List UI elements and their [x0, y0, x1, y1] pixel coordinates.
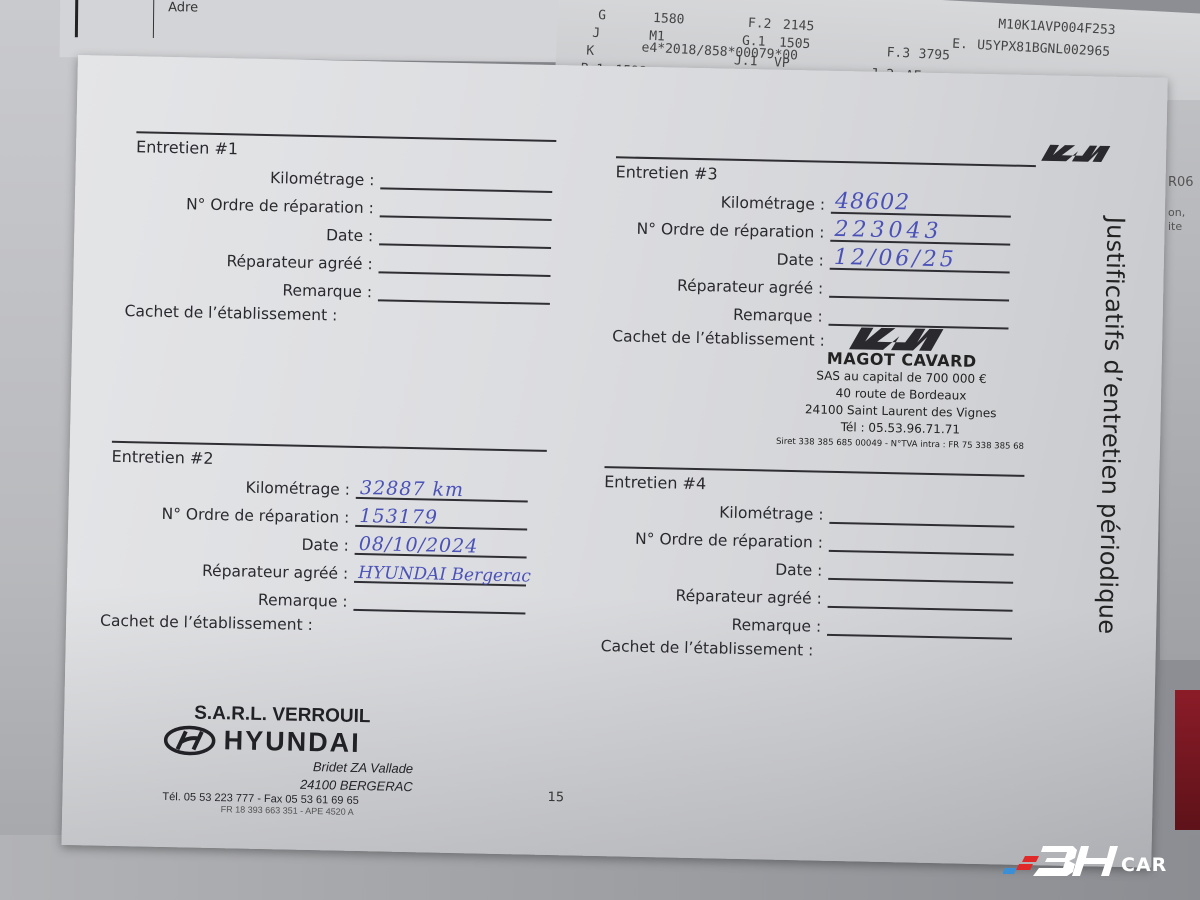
reg-code: F.3 — [886, 45, 910, 61]
handwritten-value: 12/06/25 — [834, 245, 957, 273]
maintenance-section-2: Entretien #2 Kilométrage : 32887 km N° O… — [108, 441, 542, 639]
background-fragment: on, — [1168, 206, 1185, 219]
stamp-label: Cachet de l’établissement : — [124, 302, 562, 329]
handwritten-value: 48602 — [835, 189, 911, 216]
handwritten-value: 223043 — [834, 217, 942, 244]
stamp-label: Cachet de l’établissement : — [100, 612, 538, 639]
bhcar-watermark: CAR — [1003, 842, 1193, 882]
page-vertical-title: Justificatifs d’entretien périodique — [1093, 216, 1130, 634]
hyundai-wordmark: HYUNDAI — [223, 725, 361, 759]
hyundai-brand: HYUNDAI — [163, 724, 414, 760]
maintenance-section-4: Entretien #4 Kilométrage : N° Ordre de r… — [601, 466, 1035, 664]
field-line[interactable] — [378, 283, 550, 305]
reg-value: 3795 — [918, 47, 950, 64]
reg-code: K — [586, 43, 595, 58]
hyundai-logo-icon — [163, 724, 216, 755]
handwritten-value: 32887 km — [360, 477, 464, 501]
reg-code: E. — [952, 37, 968, 53]
maintenance-booklet-page: Entretien #1 Kilométrage : N° Ordre de r… — [61, 55, 1167, 868]
background-right-document: R06 on, ite — [1160, 100, 1200, 660]
kia-logo-icon — [1038, 140, 1122, 164]
page-number: 15 — [547, 790, 564, 805]
field-label: Remarque : — [108, 588, 353, 611]
divider — [153, 0, 155, 38]
divider — [75, 0, 79, 37]
background-doc-fragment: Adre — [168, 0, 198, 15]
background-fragment: R06 — [1168, 175, 1194, 190]
reg-code: F.2 — [748, 16, 772, 32]
reg-value: 2145 — [783, 18, 815, 35]
reg-code: J — [592, 26, 601, 41]
reg-code: G — [598, 8, 607, 23]
handwritten-value: 153179 — [359, 505, 438, 529]
maintenance-section-1: Entretien #1 Kilométrage : N° Ordre de r… — [132, 131, 566, 329]
background-red-object — [1175, 690, 1200, 830]
watermark-text: CAR — [1121, 854, 1167, 876]
background-document: Adre — [60, 0, 621, 63]
dealer-stamp-kia: MAGOT CAVARD SAS au capital de 700 000 €… — [760, 319, 1043, 452]
background-fragment: ite — [1168, 220, 1182, 233]
reg-code: J.1 — [734, 53, 758, 69]
dealer-stamp-hyundai: S.A.R.L. VERROUIL HYUNDAI Bridet ZA Vall… — [162, 702, 414, 818]
reg-value: M10K1AVP004F253 — [998, 17, 1116, 38]
reg-value: U5YPX81BGNL002965 — [977, 38, 1111, 60]
field-line[interactable] — [353, 593, 525, 615]
field-line[interactable] — [827, 618, 1012, 640]
reg-value: 1580 — [653, 11, 685, 28]
handwritten-value: 08/10/2024 — [359, 533, 479, 557]
field-label: Remarque : — [133, 278, 378, 301]
stamp-label: Cachet de l’établissement : — [601, 637, 1031, 664]
field-label: Remarque : — [601, 613, 827, 636]
